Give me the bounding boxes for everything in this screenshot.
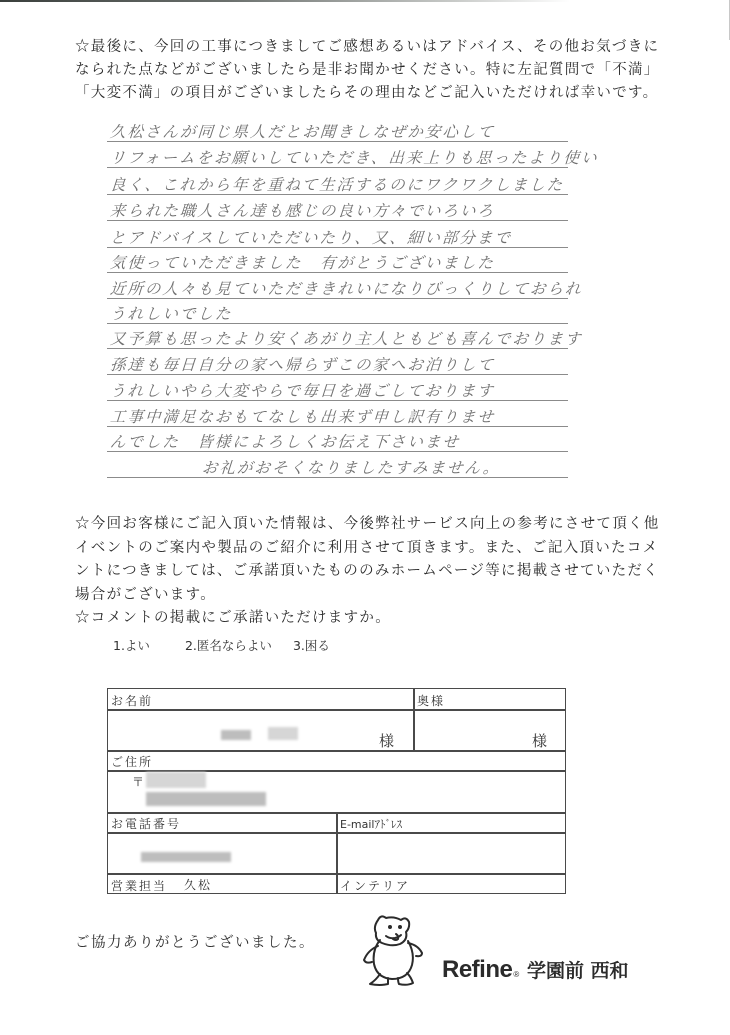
postal-mark: 〒 bbox=[132, 773, 144, 790]
refine-logo: Refine® 学園前 西和 bbox=[362, 910, 662, 990]
privacy-notice: ☆今回お客様にご記入頂いた情報は、今後弊社サービス向上の参考にさせて頂く他 イベ… bbox=[75, 513, 675, 631]
email-field[interactable] bbox=[338, 834, 565, 873]
intro-line: なられた点などがございましたら是非お聞かせください。特に左記質問で「不満」 bbox=[75, 59, 675, 82]
option-yes[interactable]: 1.よい bbox=[113, 636, 181, 654]
handwritten-line: 近所の人々も見ていただききれいになりびっくりしておられ bbox=[109, 277, 583, 299]
handwritten-line: お礼がおそくなりましたすみません。 bbox=[201, 456, 501, 478]
thank-you-message: ご協力ありがとうございました。 bbox=[75, 931, 315, 952]
redacted-postal-code bbox=[146, 772, 206, 788]
email-label: E-mailｱﾄﾞﾚｽ bbox=[340, 816, 402, 832]
handwritten-line: リフォームをお願いしていただき、出来上りも思ったより使い bbox=[109, 146, 599, 168]
address-label: ご住所 bbox=[111, 753, 153, 770]
name-field[interactable] bbox=[108, 710, 413, 750]
brand-name: Refine® 学園前 西和 bbox=[442, 956, 629, 984]
registered-mark: ® bbox=[513, 970, 518, 979]
handwritten-line: 孫達も毎日自分の家へ帰らずこの家へお泊りして bbox=[109, 353, 496, 375]
intro-line: 「大変不満」の項目がございましたらその理由などご記入いただければ幸いです。 bbox=[75, 82, 675, 105]
interior-label: インテリア bbox=[340, 877, 410, 894]
redacted-address bbox=[146, 792, 266, 806]
interior-value[interactable] bbox=[428, 877, 528, 891]
phone-field[interactable] bbox=[108, 834, 336, 873]
name-honorific: 様 bbox=[379, 730, 394, 751]
redacted-name bbox=[221, 730, 251, 740]
consent-options: 1.よい 2.匿名ならよい 3.困る bbox=[113, 636, 330, 654]
option-no[interactable]: 3.困る bbox=[293, 636, 330, 654]
redacted-name bbox=[268, 727, 298, 740]
handwritten-line: 来られた職人さん達も感じの良い方々でいろいろ bbox=[109, 199, 496, 221]
customer-info-form: お名前 奥様 様 様 ご住所 〒 お電話番号 E-mailｱﾄﾞﾚｽ 営業担当 … bbox=[107, 688, 566, 894]
notice-line: ントにつきましては、ご承諾頂いたもののみホームページ等に掲載させていただく bbox=[75, 560, 675, 584]
handwritten-line: 又予算も思ったより安くあがり主人ともども喜んでおります bbox=[109, 327, 583, 349]
notice-line: 場合がございます。 bbox=[75, 584, 675, 608]
brand-text: Refine bbox=[442, 956, 512, 983]
intro-line: ☆最後に、今回の工事につきましてご感想あるいはアドバイス、その他お気づきに bbox=[75, 36, 675, 59]
sales-rep-label: 営業担当 bbox=[111, 877, 167, 894]
phone-label: お電話番号 bbox=[111, 815, 181, 832]
sales-rep-value: 久松 bbox=[184, 876, 212, 893]
handwritten-line: うれしいやら大変やらで毎日を過ごしております bbox=[109, 379, 495, 401]
handwritten-line: んでした 皆様によろしくお伝え下さいませ bbox=[109, 430, 461, 452]
redacted-phone bbox=[141, 852, 231, 862]
bear-mascot-icon bbox=[356, 910, 436, 990]
wife-honorific: 様 bbox=[532, 730, 547, 751]
handwritten-line: 良く、これから年を重ねて生活するのにワクワクしました bbox=[109, 173, 565, 195]
store-name: 学園前 西和 bbox=[527, 960, 629, 982]
intro-paragraph: ☆最後に、今回の工事につきましてご感想あるいはアドバイス、その他お気づきに なら… bbox=[75, 36, 675, 105]
scan-edge-shadow bbox=[0, 0, 570, 2]
notice-line: ☆今回お客様にご記入頂いた情報は、今後弊社サービス向上の参考にさせて頂く他 bbox=[75, 513, 675, 537]
handwritten-line: うれしいでした bbox=[109, 302, 233, 324]
handwritten-line: 気使っていただきました 有がとうございました bbox=[109, 251, 496, 273]
handwritten-line: 工事中満足なおもてなしも出来ず申し訳有りませ bbox=[109, 405, 496, 427]
name-label: お名前 bbox=[111, 692, 153, 709]
handwritten-line: 久松さんが同じ県人だとお聞きしなぜか安心して bbox=[109, 120, 496, 142]
wife-label: 奥様 bbox=[417, 692, 445, 709]
handwritten-line: とアドバイスしていただいたり、又、細い部分まで bbox=[109, 226, 513, 248]
option-anonymous[interactable]: 2.匿名ならよい bbox=[185, 636, 289, 654]
notice-line: ☆コメントの掲載にご承諾いただけますか。 bbox=[75, 607, 675, 631]
address-field[interactable]: 〒 bbox=[108, 772, 565, 812]
notice-line: イベントのご案内や製品のご紹介に利用させて頂きます。また、ご記入頂いたコメ bbox=[75, 537, 675, 561]
row-divider bbox=[108, 750, 565, 752]
